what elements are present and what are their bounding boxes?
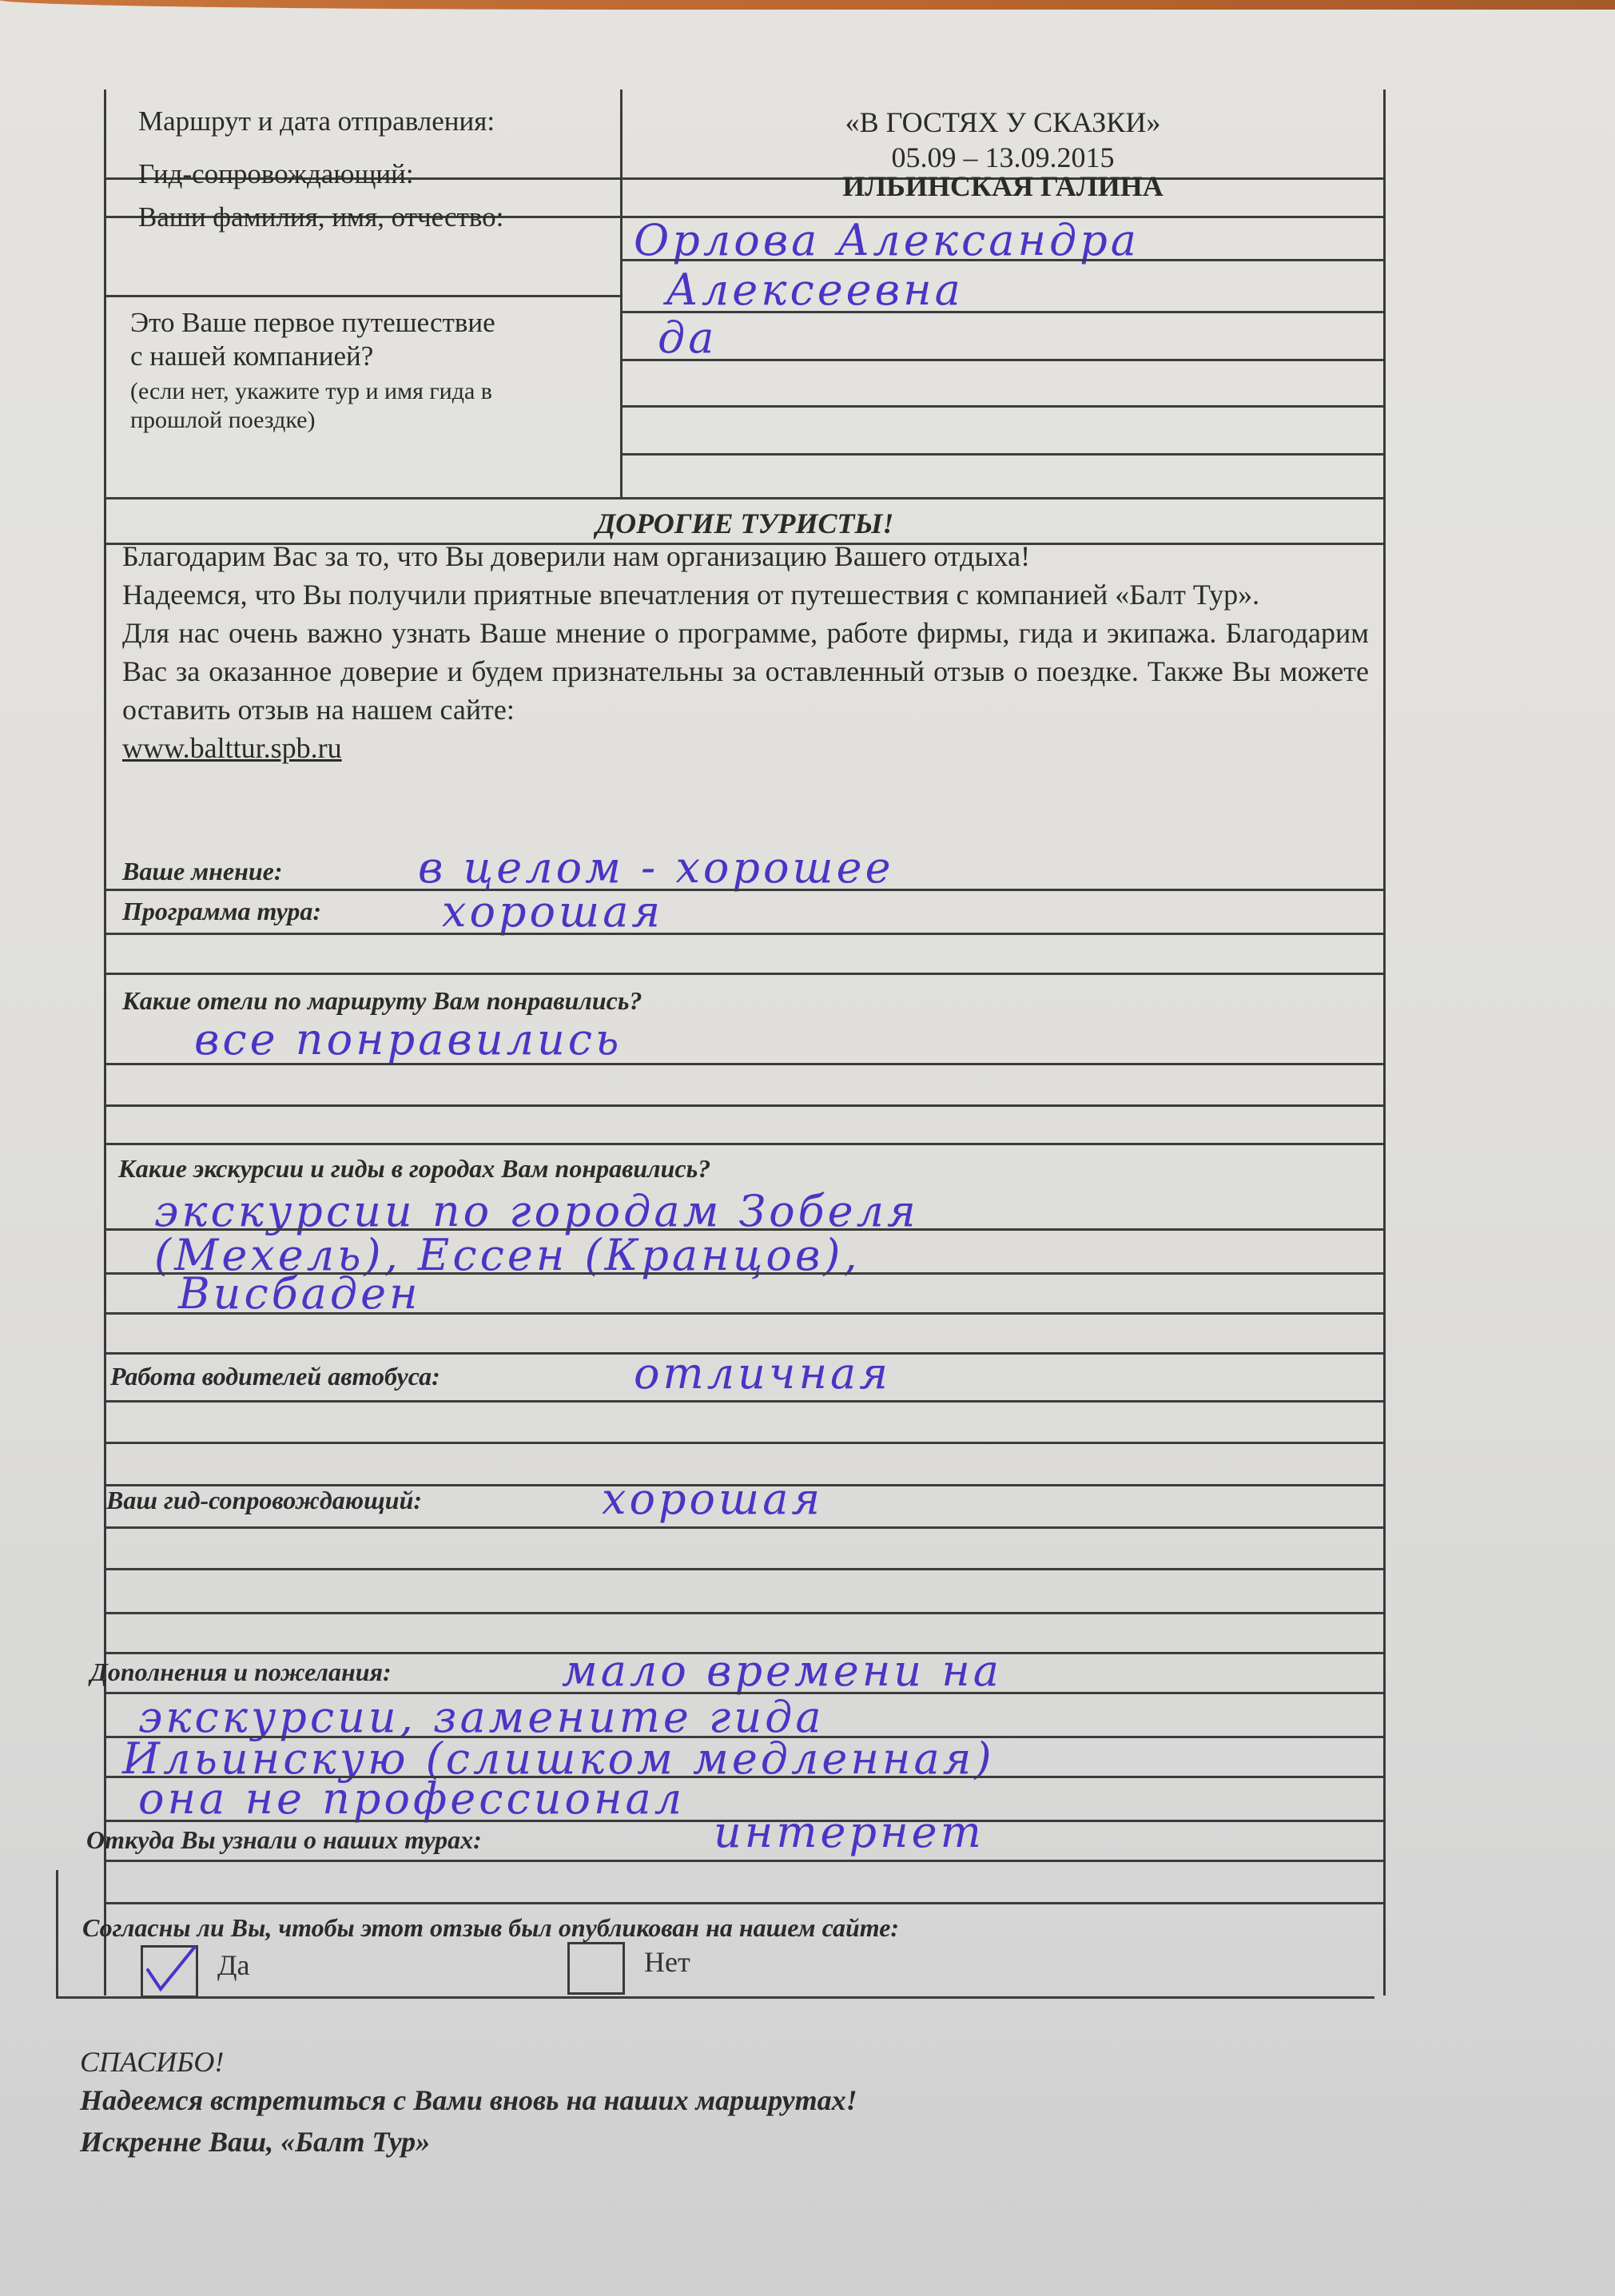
website-link[interactable]: www.balttur.spb.ru <box>122 732 342 764</box>
intro-paragraph-3: Для нас очень важно узнать Ваше мнение о… <box>122 614 1369 729</box>
route-label: Маршрут и дата отправления: <box>138 105 495 137</box>
desk-edge <box>0 0 1615 10</box>
wishes-label: Дополнения и пожелания: <box>90 1656 392 1688</box>
publish-yes-checkbox[interactable] <box>141 1945 198 1998</box>
footer-hope: Надеемся встретиться с Вами вновь на наш… <box>80 2078 857 2123</box>
divider <box>106 295 620 297</box>
program-label: Программа тура: <box>122 895 321 927</box>
guide-opinion-field[interactable]: хорошая <box>602 1476 823 1522</box>
intro-paragraph-2: Надеемся, что Вы получили приятные впеча… <box>122 575 1369 614</box>
checkmark-icon <box>143 1943 199 1994</box>
guide-opinion-label: Ваш гид-сопровождающий: <box>106 1484 422 1516</box>
excursions-label: Какие экскурсии и гиды в городах Вам пон… <box>118 1152 710 1184</box>
opinion-label: Ваше мнение: <box>122 855 283 887</box>
hotels-label: Какие отели по маршруту Вам понравились? <box>122 985 642 1017</box>
publish-no-checkbox[interactable] <box>567 1942 625 1995</box>
first-trip-label-2: с нашей компанией? <box>130 340 373 372</box>
divider <box>106 1063 1383 1065</box>
divider <box>106 973 1383 975</box>
intro-paragraph-1: Благодарим Вас за то, что Вы доверили на… <box>122 537 1369 575</box>
divider <box>106 1400 1383 1403</box>
feedback-form: Маршрут и дата отправления: «В ГОСТЯХ У … <box>104 90 1386 1996</box>
divider <box>106 1902 1383 1904</box>
divider <box>106 1143 1383 1145</box>
divider <box>106 1526 1383 1529</box>
divider <box>106 933 1383 935</box>
divider <box>106 1612 1383 1614</box>
divider <box>106 1568 1383 1570</box>
divider <box>106 1104 1383 1107</box>
form-left-border-lower <box>56 1870 58 1998</box>
route-name: «В ГОСТЯХ У СКАЗКИ» <box>623 105 1383 139</box>
drivers-label: Работа водителей автобуса: <box>110 1360 440 1392</box>
publish-no-label: Нет <box>644 1945 690 1979</box>
publish-label: Согласны ли Вы, чтобы этот отзыв был опу… <box>82 1912 899 1944</box>
divider <box>623 405 1383 408</box>
divider <box>623 311 1383 313</box>
wishes-field[interactable]: мало времени на <box>562 1648 1002 1694</box>
fullname-field-line2[interactable]: Алексеевна <box>666 267 964 313</box>
divider <box>623 453 1383 456</box>
form-bottom-border <box>56 1996 1374 1999</box>
opinion-field[interactable]: в целом - хорошее <box>418 845 894 891</box>
first-trip-hint-2: прошлой поездке) <box>130 406 316 435</box>
divider <box>623 359 1383 361</box>
fullname-field[interactable]: Орлова Александра <box>634 217 1140 264</box>
excursions-field-line3[interactable]: Висбаден <box>178 1271 421 1317</box>
wishes-field-line4[interactable]: она не профессионал <box>138 1776 685 1822</box>
source-field[interactable]: интернет <box>714 1809 985 1856</box>
first-trip-hint: (если нет, укажите тур и имя гида в <box>130 377 492 406</box>
divider <box>106 1860 1383 1862</box>
source-label: Откуда Вы узнали о наших турах: <box>86 1824 482 1856</box>
guide-label: Гид-сопровождающий: <box>138 158 414 190</box>
divider <box>106 1312 1383 1315</box>
hotels-field[interactable]: все понравились <box>194 1017 622 1063</box>
publish-yes-label: Да <box>217 1948 250 1982</box>
divider <box>106 497 1383 499</box>
intro-text: Благодарим Вас за то, что Вы доверили на… <box>122 537 1369 767</box>
divider <box>623 259 1383 261</box>
intro-heading: ДОРОГИЕ ТУРИСТЫ! <box>106 507 1383 540</box>
divider <box>106 889 1383 891</box>
footer-signature: Искренне Ваш, «Балт Тур» <box>80 2119 430 2164</box>
program-field[interactable]: хорошая <box>442 889 663 935</box>
first-trip-field[interactable]: да <box>658 315 717 361</box>
fullname-label: Ваши фамилия, имя, отчество: <box>138 201 503 233</box>
guide-name: ИЛЬИНСКАЯ ГАЛИНА <box>623 169 1383 203</box>
first-trip-label: Это Ваше первое путешествие <box>130 307 495 339</box>
divider <box>106 1442 1383 1444</box>
drivers-field[interactable]: отличная <box>634 1351 891 1397</box>
